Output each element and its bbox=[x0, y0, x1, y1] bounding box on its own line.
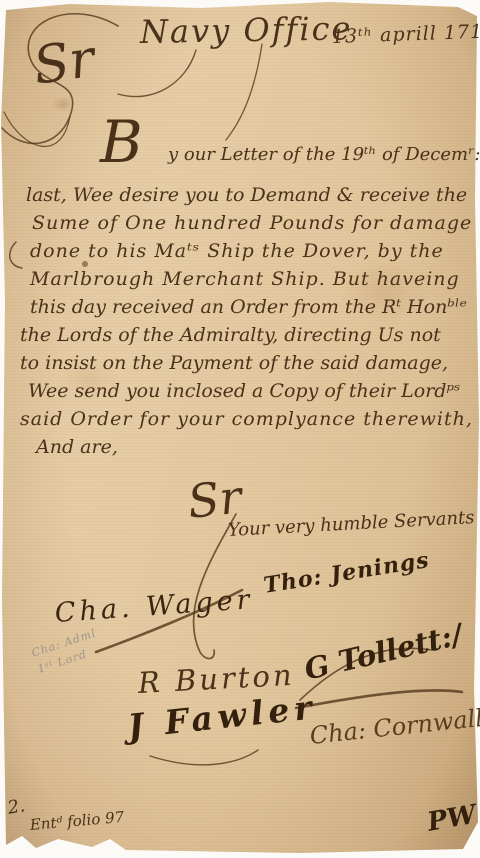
docket-mark: 2. bbox=[6, 797, 26, 819]
body-line-7: the Lords of the Admiralty, directing Us… bbox=[20, 326, 441, 346]
body-line-11: And are, bbox=[36, 438, 118, 458]
body-line-5: Marlbrough Merchant Ship. But haveing bbox=[30, 270, 460, 290]
body-line-10: said Order for your complyance therewith… bbox=[20, 410, 473, 430]
closing-salutation-sr: Sr bbox=[185, 473, 243, 527]
body-line-8: to insist on the Payment of the said dam… bbox=[20, 354, 448, 374]
body-line-2: last, Wee desire you to Demand & receive… bbox=[26, 186, 467, 206]
drop-cap: B bbox=[100, 112, 143, 173]
heading-place: Navy Office bbox=[140, 12, 353, 49]
body-line-1: y our Letter of the 19ᵗʰ of Decemʳ: bbox=[168, 146, 480, 165]
body-line-9: Wee send you inclosed a Copy of their Lo… bbox=[28, 382, 460, 402]
letter-photo: Navy Office 13ᵗʰ aprill 1716 Sr B y our … bbox=[0, 0, 480, 858]
body-line-4: done to his Maᵗˢ Ship the Dover, by the bbox=[30, 242, 444, 262]
salutation-sr: Sr bbox=[30, 32, 97, 94]
body-line-3: Sume of One hundred Pounds for damage bbox=[32, 214, 472, 234]
body-line-6: this day received an Order from the Rᵗ H… bbox=[30, 298, 467, 318]
